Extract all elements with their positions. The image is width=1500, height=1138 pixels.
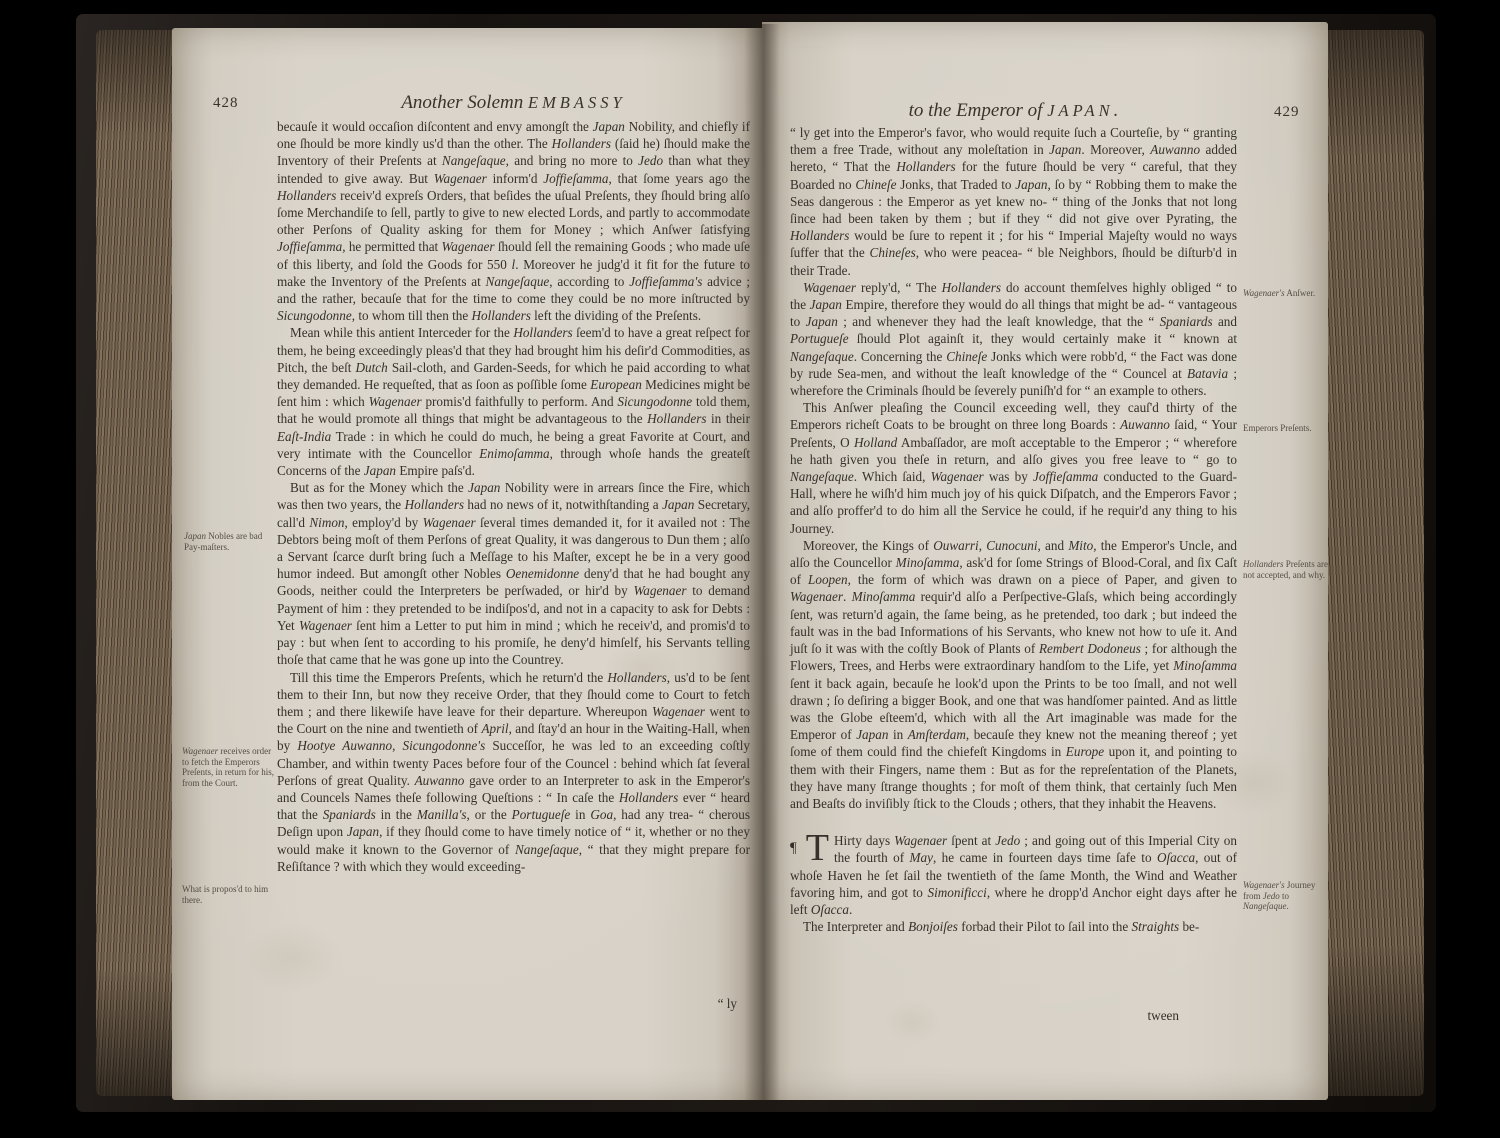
right-page-body: “ ly get into the Emperor's favor, who w… [790,124,1237,935]
paragraph-text: Hirty days Wagenaer ſpent at Jedo ; and … [790,833,1237,917]
left-running-title-caps: EMBASSY [528,93,626,112]
right-running-title-suffix: . [1114,100,1119,121]
paragraph: Till this time the Emperors Preſents, wh… [277,669,750,875]
book-photo-scene: 428 Another Solemn EMBASSY becauſe it wo… [0,0,1500,1138]
left-page-number: 428 [213,95,239,112]
paragraph: This Anſwer pleaſing the Council exceedi… [790,399,1237,537]
right-running-title-caps: JAPAN [1047,101,1113,120]
left-fore-edge [96,30,178,1096]
margin-note: Japan Nobles are bad Pay-maſters. [184,531,277,552]
paragraph: The Interpreter and Bonjoiſes forbad the… [790,918,1237,935]
drop-cap: T [806,832,834,864]
left-running-title: Another Solemn EMBASSY [277,92,750,114]
paragraph: becauſe it would occaſion diſcontent and… [277,118,750,324]
pilcrow-mark: ¶ [790,832,797,864]
paragraph: ¶THirty days Wagenaer ſpent at Jedo ; an… [790,832,1237,918]
margin-note: What is propos'd to him there. [182,884,275,905]
paragraph: Mean while this antient Interceder for t… [277,324,750,479]
left-catchword: “ ly [277,996,737,1012]
left-page-body: becauſe it would occaſion diſcontent and… [277,118,750,875]
paragraph: Wagenaer reply'd, “ The Hollanders do ac… [790,279,1237,399]
paragraph: But as for the Money which the Japan Nob… [277,479,750,668]
right-fore-edge [1328,30,1424,1096]
paragraph: “ ly get into the Emperor's favor, who w… [790,124,1237,279]
margin-note: Wagenaer's Anſwer. [1243,288,1329,299]
right-page-number: 429 [1274,104,1300,121]
left-running-title-text: Another Solemn [401,92,523,113]
margin-note: Hollanders Preſents are not accepted, an… [1243,559,1329,580]
right-running-title-text: to the Emperor of [909,100,1043,121]
right-catchword: tween [790,1008,1237,1024]
margin-note: Wagenaer's Journey from Jedo to Nangeſaq… [1243,880,1329,912]
margin-note: Emperors Preſents. [1243,423,1329,434]
right-running-title: to the Emperor of JAPAN. [790,100,1237,122]
paragraph: Moreover, the Kings of Ouwarri, Cunocuni… [790,537,1237,812]
margin-note: Wagenaer receives order to fetch the Emp… [182,746,277,788]
